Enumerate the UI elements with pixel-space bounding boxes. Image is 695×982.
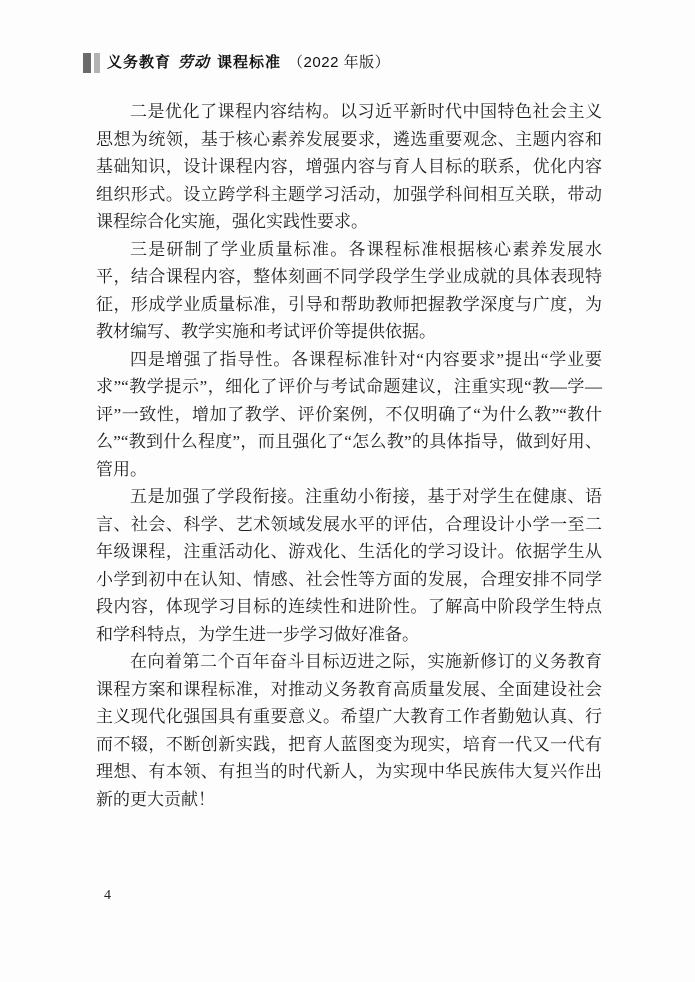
header-bar-dark-icon bbox=[83, 53, 91, 73]
document-page: 义务教育 劳动 课程标准 （2022 年版） 二是优化了课程内容结构。以习近平新… bbox=[0, 0, 695, 982]
paragraph-4: 四是增强了指导性。各课程标准针对“内容要求”提出“学业要求”“教学提示”，细化了… bbox=[96, 346, 602, 484]
header-subject-title: 劳动 bbox=[178, 52, 210, 73]
header-edition-label: （2022 年版） bbox=[288, 52, 390, 73]
running-header: 义务教育 劳动 课程标准 （2022 年版） bbox=[83, 52, 390, 73]
page-body: 二是优化了课程内容结构。以习近平新时代中国特色社会主义思想为统领，基于核心素养发… bbox=[96, 98, 602, 813]
paragraph-5: 五是加强了学段衔接。注重幼小衔接，基于对学生在健康、语言、社会、科学、艺术领域发… bbox=[96, 483, 602, 648]
header-bar-light-icon bbox=[94, 53, 100, 73]
header-standard-title: 课程标准 bbox=[217, 52, 281, 73]
paragraph-closing: 在向着第二个百年奋斗目标迈进之际，实施新修订的义务教育课程方案和课程标准，对推动… bbox=[96, 648, 602, 813]
paragraph-3: 三是研制了学业质量标准。各课程标准根据核心素养发展水平，结合课程内容，整体刻画不… bbox=[96, 236, 602, 346]
paragraph-2: 二是优化了课程内容结构。以习近平新时代中国特色社会主义思想为统领，基于核心素养发… bbox=[96, 98, 602, 236]
header-series-title: 义务教育 bbox=[107, 52, 171, 73]
page-number: 4 bbox=[104, 888, 111, 903]
page-footer: 4 bbox=[104, 888, 111, 904]
